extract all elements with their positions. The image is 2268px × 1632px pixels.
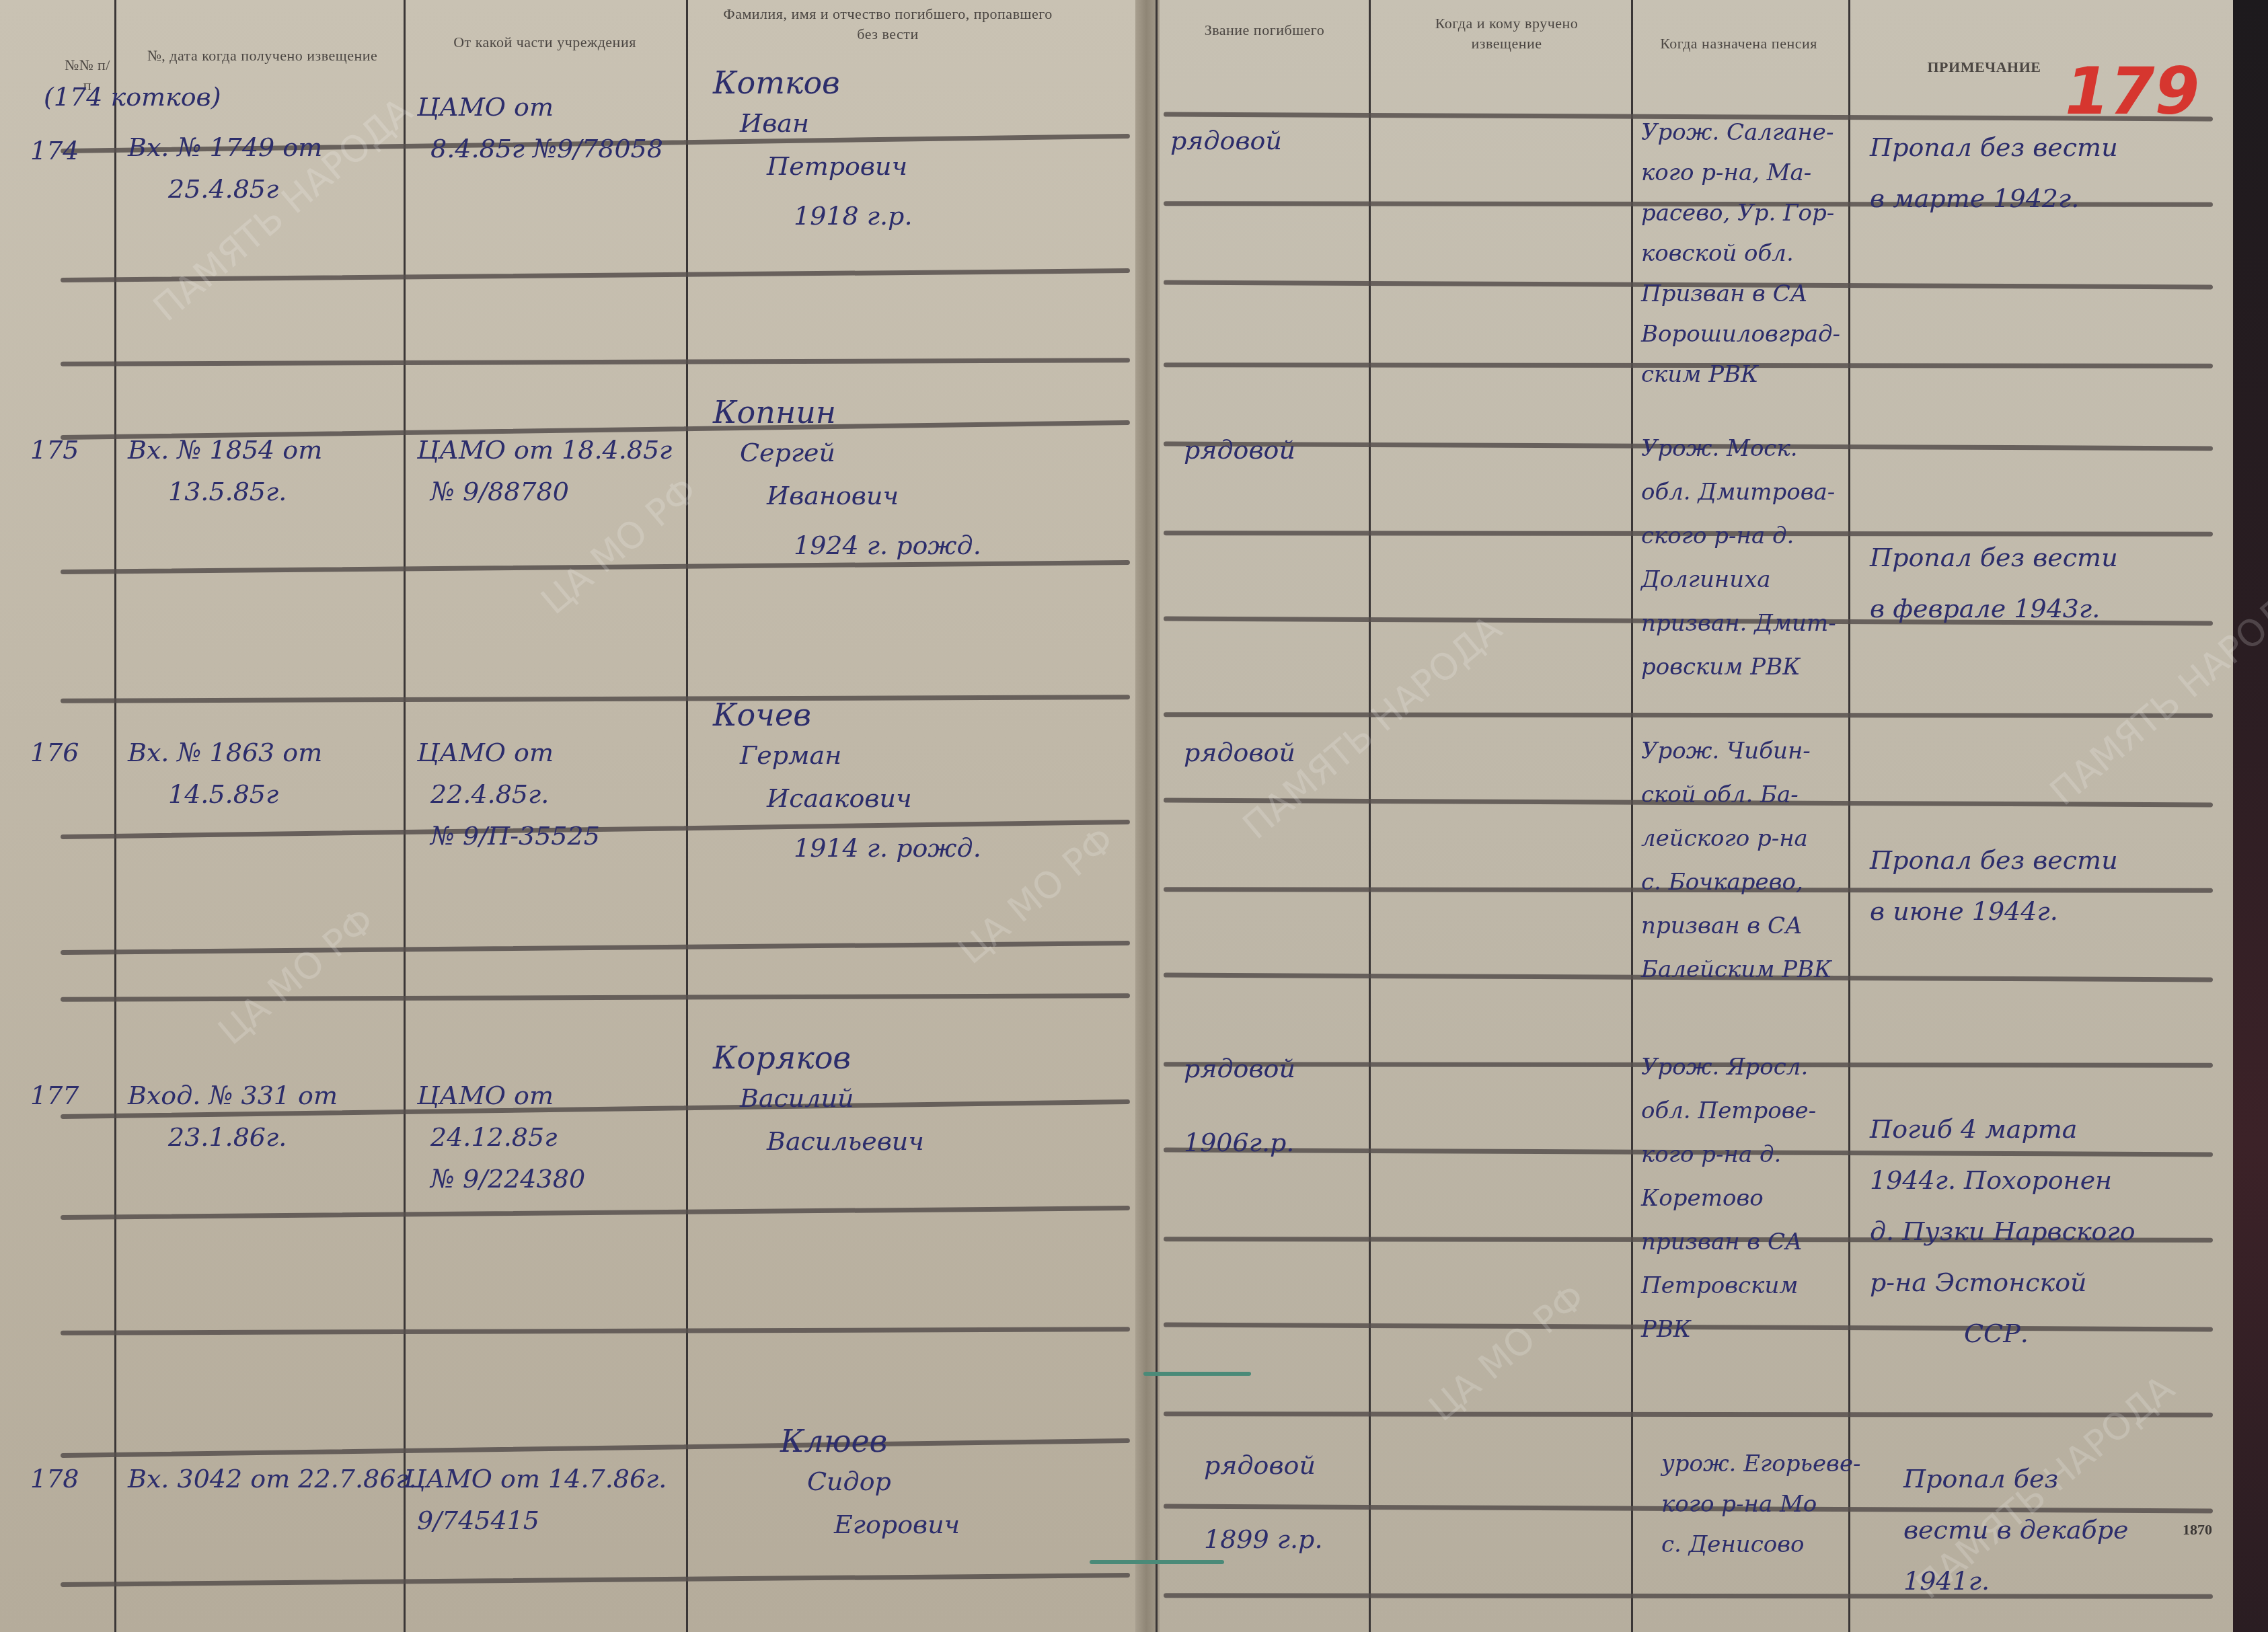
note-line: в июне 1944г. — [1870, 898, 2058, 924]
header-name: Фамилия, имя и отчество погибшего, пропа… — [713, 4, 1063, 44]
rank-line: 1899 г.р. — [1204, 1526, 1322, 1552]
from-unit-line: № 9/224380 — [430, 1166, 585, 1192]
note-line: вести в декабре — [1903, 1517, 2129, 1543]
pension-line: обл. Петрове- — [1641, 1099, 1816, 1122]
column-divider — [686, 0, 688, 1632]
from-unit-line: № 9/П-35525 — [430, 823, 600, 849]
pension-line: кого р-на Мо — [1661, 1493, 1817, 1516]
column-divider — [404, 0, 406, 1632]
pension-line: Урож. Моск. — [1641, 437, 1798, 460]
pension-line: Призван в СА — [1641, 282, 1807, 305]
note-line: 1941г. — [1903, 1568, 1990, 1594]
note-line: Погиб 4 марта — [1870, 1116, 2077, 1142]
notice-line: Вх. № 1749 от — [128, 134, 322, 160]
header-note: ПРИМЕЧАНИЕ — [1870, 57, 2099, 77]
soldier-name-line: Петрович — [767, 153, 907, 179]
notice-line: Вх. № 1854 от — [128, 437, 322, 463]
soldier-name-line: Иванович — [767, 483, 899, 508]
note-line: д. Пузки Нарвского — [1870, 1218, 2135, 1244]
print-mark: 1870 — [2183, 1521, 2212, 1539]
note-line: Пропал без вести — [1870, 134, 2118, 160]
pension-line: урож. Егорьеве- — [1661, 1452, 1861, 1475]
from-unit-line: 9/745415 — [417, 1508, 539, 1533]
pension-line: ского р-на д. — [1641, 524, 1794, 547]
pension-line: призван в СА — [1641, 1231, 1803, 1253]
entry-number: 174 — [30, 138, 79, 163]
notice-line: 14.5.85г — [168, 781, 278, 807]
ruled-line — [1164, 1593, 2213, 1598]
pension-line: лейского р-на — [1641, 827, 1808, 850]
notice-line: 23.1.86г. — [168, 1124, 287, 1150]
soldier-name-line: 1924 г. рожд. — [794, 533, 981, 558]
soldier-name-line: Василий — [740, 1085, 854, 1111]
pension-line: расево, Ур. Гор- — [1641, 202, 1834, 225]
column-divider — [1156, 0, 1158, 1632]
pension-line: Долгиниха — [1641, 568, 1771, 591]
ruled-line — [1164, 712, 2213, 717]
from-unit-line: ЦАМО от — [417, 740, 554, 765]
from-unit-line: 24.12.85г — [430, 1124, 557, 1150]
pension-line: Коретово — [1641, 1187, 1764, 1210]
from-unit-line: № 9/88780 — [430, 479, 569, 504]
soldier-name-line: Сидор — [807, 1469, 891, 1494]
pension-line: призван в СА — [1641, 915, 1803, 937]
pension-line: ковской обл. — [1641, 242, 1794, 265]
pension-line: с. Денисово — [1661, 1533, 1804, 1556]
pension-line: Ворошиловград- — [1641, 323, 1840, 346]
from-unit-line: 22.4.85г. — [430, 781, 549, 807]
from-unit-line: ЦАМО от — [417, 94, 554, 120]
rank-line: рядовой — [1184, 740, 1295, 765]
note-line: 1944г. Похоронен — [1870, 1167, 2112, 1193]
book-cover-edge — [2233, 0, 2268, 1632]
soldier-name-line: Сергей — [740, 440, 835, 465]
pension-line: Урож. Яросл. — [1641, 1056, 1808, 1079]
rank-line: рядовой — [1204, 1452, 1316, 1478]
rank-line: рядовой — [1184, 437, 1295, 463]
ruled-line — [1164, 1411, 2213, 1417]
column-divider — [1369, 0, 1371, 1632]
note-line: в феврале 1943г. — [1870, 596, 2100, 621]
from-unit-line: ЦАМО от 18.4.85г — [417, 437, 672, 463]
column-divider — [1848, 0, 1850, 1632]
note-line: р-на Эстонской — [1870, 1270, 2087, 1295]
column-divider — [114, 0, 116, 1632]
notice-line: Вх. 3042 от 22.7.86г. — [128, 1466, 417, 1491]
binding-thread — [1143, 1372, 1251, 1376]
entry-number: 176 — [30, 740, 79, 765]
soldier-name-line: Коряков — [713, 1042, 851, 1073]
pension-line: кого р-на, Ма- — [1641, 161, 1811, 184]
column-divider — [1631, 0, 1633, 1632]
header-delivered: Когда и кому вручено извещение — [1399, 13, 1614, 53]
pension-line: Балейским РВК — [1641, 958, 1831, 981]
soldier-name-line: Кочев — [713, 699, 811, 730]
soldier-name-line: Васильевич — [767, 1128, 924, 1154]
soldier-name-line: Егорович — [834, 1512, 960, 1537]
pension-line: с. Бочкарево, — [1641, 871, 1803, 894]
notice-line: 25.4.85г — [168, 176, 278, 202]
header-from-unit: От какой части учреждения — [410, 32, 679, 52]
soldier-name-line: Котков — [713, 67, 840, 98]
pension-line: кого р-на д. — [1641, 1143, 1781, 1166]
soldier-name-line: 1918 г.р. — [794, 203, 912, 229]
header-rank: Звание погибшего — [1170, 20, 1359, 40]
pension-line: РВК — [1641, 1318, 1691, 1341]
pension-line: Урож. Салгане- — [1641, 121, 1834, 144]
entry-number: 178 — [30, 1466, 79, 1491]
pension-line: обл. Дмитрова- — [1641, 481, 1835, 504]
soldier-name-line: Герман — [740, 742, 841, 768]
header-pension: Когда назначена пенсия — [1641, 34, 1836, 54]
pension-line: ской обл. Ба- — [1641, 783, 1799, 806]
notice-line: Вход. № 331 от — [128, 1083, 338, 1108]
rank-line: рядовой — [1184, 1056, 1295, 1081]
entry-number: 177 — [30, 1083, 79, 1108]
pension-line: призван. Дмит- — [1641, 612, 1836, 635]
note-line: Пропал без вести — [1870, 545, 2118, 570]
note-line: ССР. — [1964, 1321, 2029, 1346]
note-line: в марте 1942г. — [1870, 186, 2079, 211]
soldier-name-line: 1914 г. рожд. — [794, 835, 981, 861]
pension-line: Урож. Чибин- — [1641, 740, 1811, 763]
header-notice: №, дата когда получено извещение — [131, 46, 393, 66]
soldier-name-line: Иван — [740, 110, 809, 136]
from-unit-line: 8.4.85г №9/78058 — [430, 136, 663, 161]
note-line: Пропал без вести — [1870, 847, 2118, 873]
pension-line: Петровским — [1641, 1274, 1798, 1297]
from-unit-line: ЦАМО от — [417, 1083, 554, 1108]
notice-line: Вх. № 1863 от — [128, 740, 322, 765]
soldier-name-line: Клюев — [780, 1426, 887, 1456]
soldier-name-line: Исаакович — [767, 785, 912, 811]
pension-line: ровским РВК — [1641, 656, 1800, 678]
note-line: Пропал без — [1903, 1466, 2058, 1491]
rank-line: 1906г.р. — [1184, 1130, 1294, 1155]
entry-number-note: (174 котков) — [44, 84, 221, 110]
binding-thread — [1090, 1560, 1224, 1564]
notice-line: 13.5.85г. — [168, 479, 287, 504]
rank-line: рядовой — [1170, 128, 1282, 153]
from-unit-line: ЦАМО от 14.7.86г. — [404, 1466, 667, 1491]
pension-line: ским РВК — [1641, 363, 1758, 386]
left-page — [0, 0, 1143, 1632]
soldier-name-line: Копнин — [713, 397, 836, 428]
entry-number: 175 — [30, 437, 79, 463]
